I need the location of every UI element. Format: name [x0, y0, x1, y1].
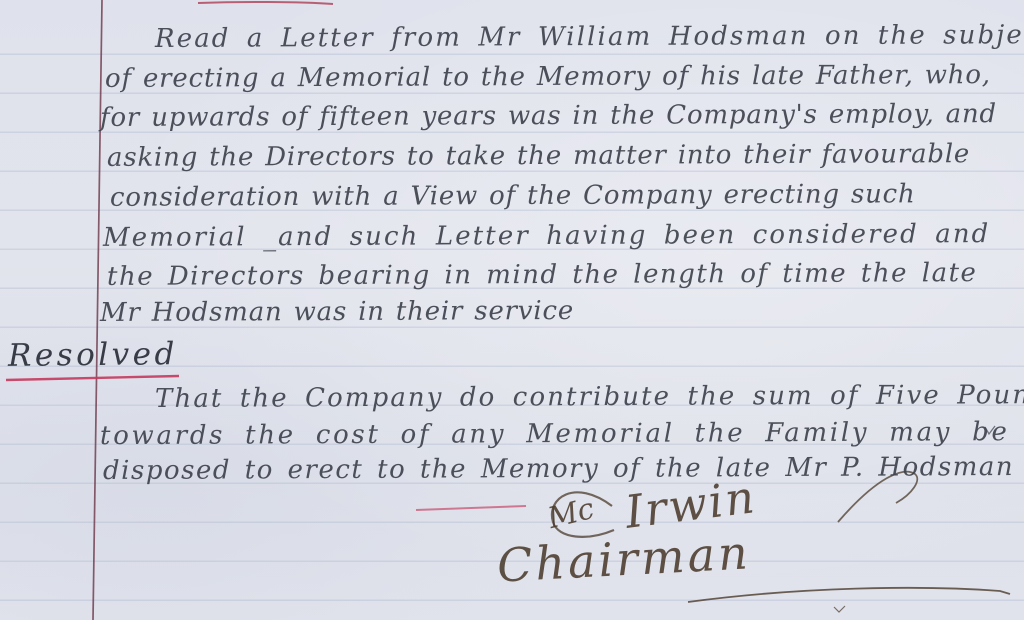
- manuscript-line: consideration with a View of the Company…: [110, 179, 916, 213]
- chairman-flourish-underline: [688, 588, 1010, 602]
- top-red-rule: [198, 2, 333, 4]
- resolved-underline: [6, 376, 179, 380]
- manuscript-line: asking the Directors to take the matter …: [107, 139, 970, 173]
- manuscript-page: Read a Letter from Mr William Hodsman on…: [0, 0, 1024, 620]
- resolved-heading: Resolved: [8, 336, 178, 374]
- manuscript-line: Read a Letter from Mr William Hodsman on…: [155, 20, 1024, 54]
- manuscript-line: That the Company do contribute the sum o…: [155, 380, 1024, 414]
- manuscript-line: disposed to erect to the Memory of the l…: [103, 452, 1014, 486]
- manuscript-line: for upwards of fifteen years was in the …: [100, 99, 997, 133]
- manuscript-line: Mr Hodsman was in their service: [100, 296, 574, 328]
- manuscript-line: of erecting a Memorial to the Memory of …: [105, 60, 991, 94]
- manuscript-line: Memorial _and such Letter having been co…: [103, 219, 991, 253]
- manuscript-line: towards the cost of any Memorial the Fam…: [100, 417, 1024, 451]
- manuscript-line: the Directors bearing in mind the length…: [107, 258, 978, 292]
- flourish-tick-mark: [834, 606, 845, 612]
- pink-rule-fragment: [416, 506, 526, 510]
